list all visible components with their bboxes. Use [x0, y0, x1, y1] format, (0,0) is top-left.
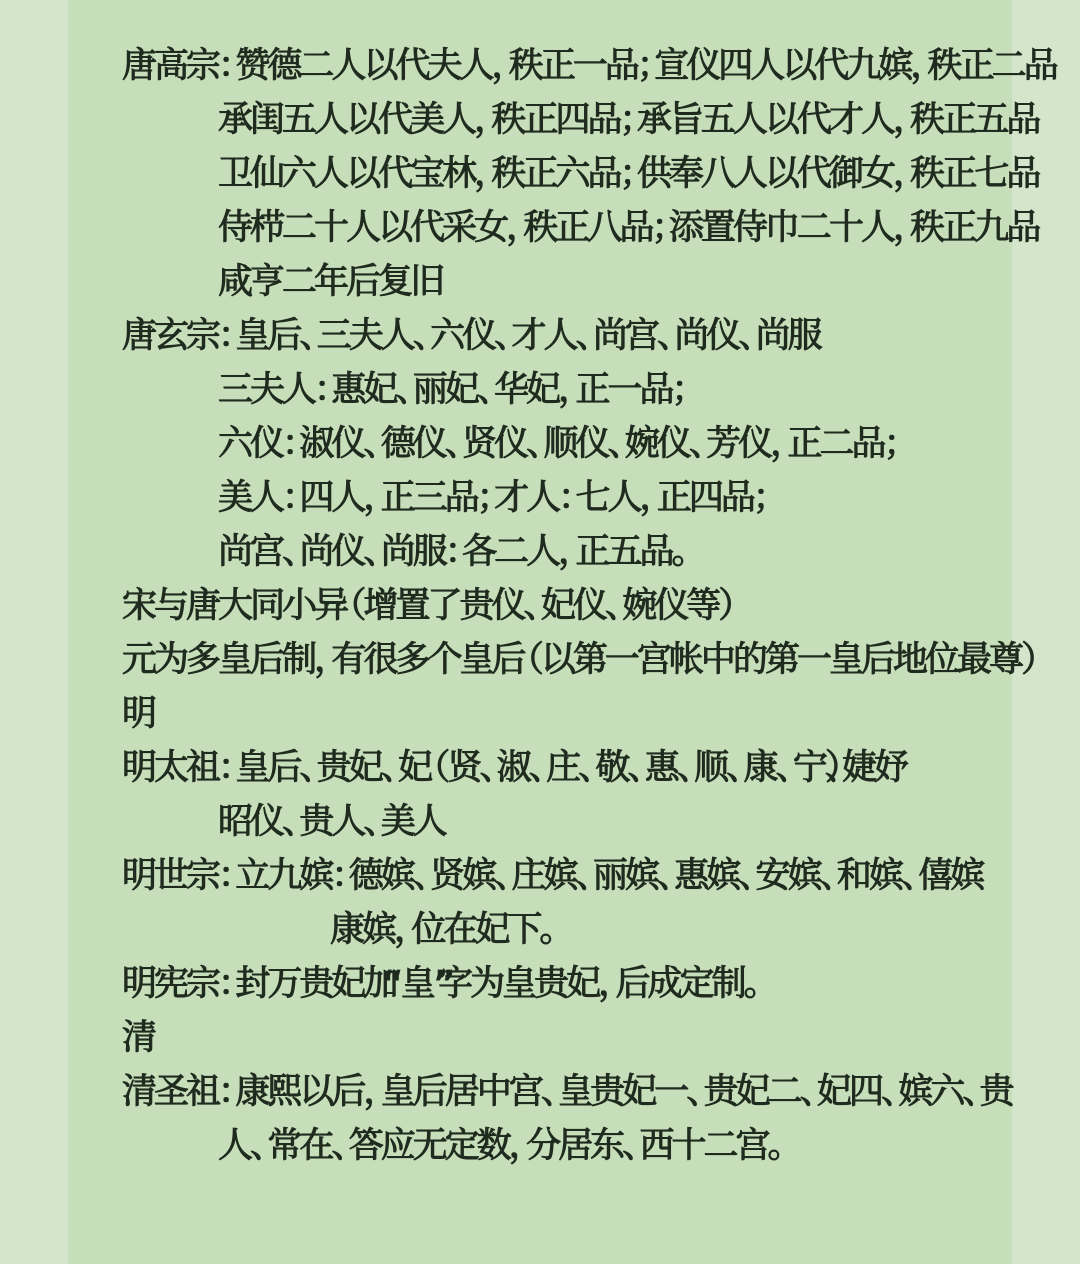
- text-line: 咸亨二年后复旧: [0, 255, 1080, 309]
- text-line: 明世宗：立九嫔：德嫔、贤嫔、庄嫔、丽嫔、惠嫔、安嫔、和嫔、僖嫔: [0, 849, 1080, 903]
- text-line: 明宪宗：封万贵妃加“皇”字为皇贵妃，后成定制。: [0, 957, 1080, 1011]
- text-line: 六仪：淑仪、德仪、贤仪、顺仪、婉仪、芳仪，正二品；: [0, 417, 1080, 471]
- text-line: 清圣祖：康熙以后，皇后居中宫、皇贵妃一、贵妃二、妃四、嫔六、贵: [0, 1065, 1080, 1119]
- text-line: 明: [0, 687, 1080, 741]
- text-line: 承闺五人以代美人，秩正四品；承旨五人以代才人，秩正五品: [0, 93, 1080, 147]
- text-line: 唐高宗：赞德二人以代夫人，秩正一品；宣仪四人以代九嫔，秩正二品: [0, 39, 1080, 93]
- text-line: 元为多皇后制，有很多个皇后（以第一宫帐中的第一皇后地位最尊）: [0, 633, 1080, 687]
- text-line: 明太祖：皇后、贵妃、妃（贤、淑、庄、敬、惠、顺、康、宁）、婕妤: [0, 741, 1080, 795]
- text-line: 美人：四人，正三品；才人：七人，正四品；: [0, 471, 1080, 525]
- text-line: 人、常在、答应无定数，分居东、西十二宫。: [0, 1119, 1080, 1173]
- text-line: 侍栉二十人以代采女，秩正八品；添置侍巾二十人，秩正九品: [0, 201, 1080, 255]
- text-line: 清: [0, 1011, 1080, 1065]
- text-line: 唐玄宗：皇后、三夫人、六仪、才人、尚宫、尚仪、尚服: [0, 309, 1080, 363]
- text-content: 唐高宗：赞德二人以代夫人，秩正一品；宣仪四人以代九嫔，秩正二品承闺五人以代美人，…: [0, 39, 1080, 1173]
- text-line: 昭仪、贵人、美人: [0, 795, 1080, 849]
- text-line: 卫仙六人以代宝林，秩正六品；供奉八人以代御女，秩正七品: [0, 147, 1080, 201]
- text-line: 宋与唐大同小异（增置了贵仪、妃仪、婉仪等）: [0, 579, 1080, 633]
- text-line: 康嫔，位在妃下。: [0, 903, 1080, 957]
- text-line: 三夫人：惠妃、丽妃、华妃，正一品；: [0, 363, 1080, 417]
- text-line: 尚宫、尚仪、尚服：各二人，正五品。: [0, 525, 1080, 579]
